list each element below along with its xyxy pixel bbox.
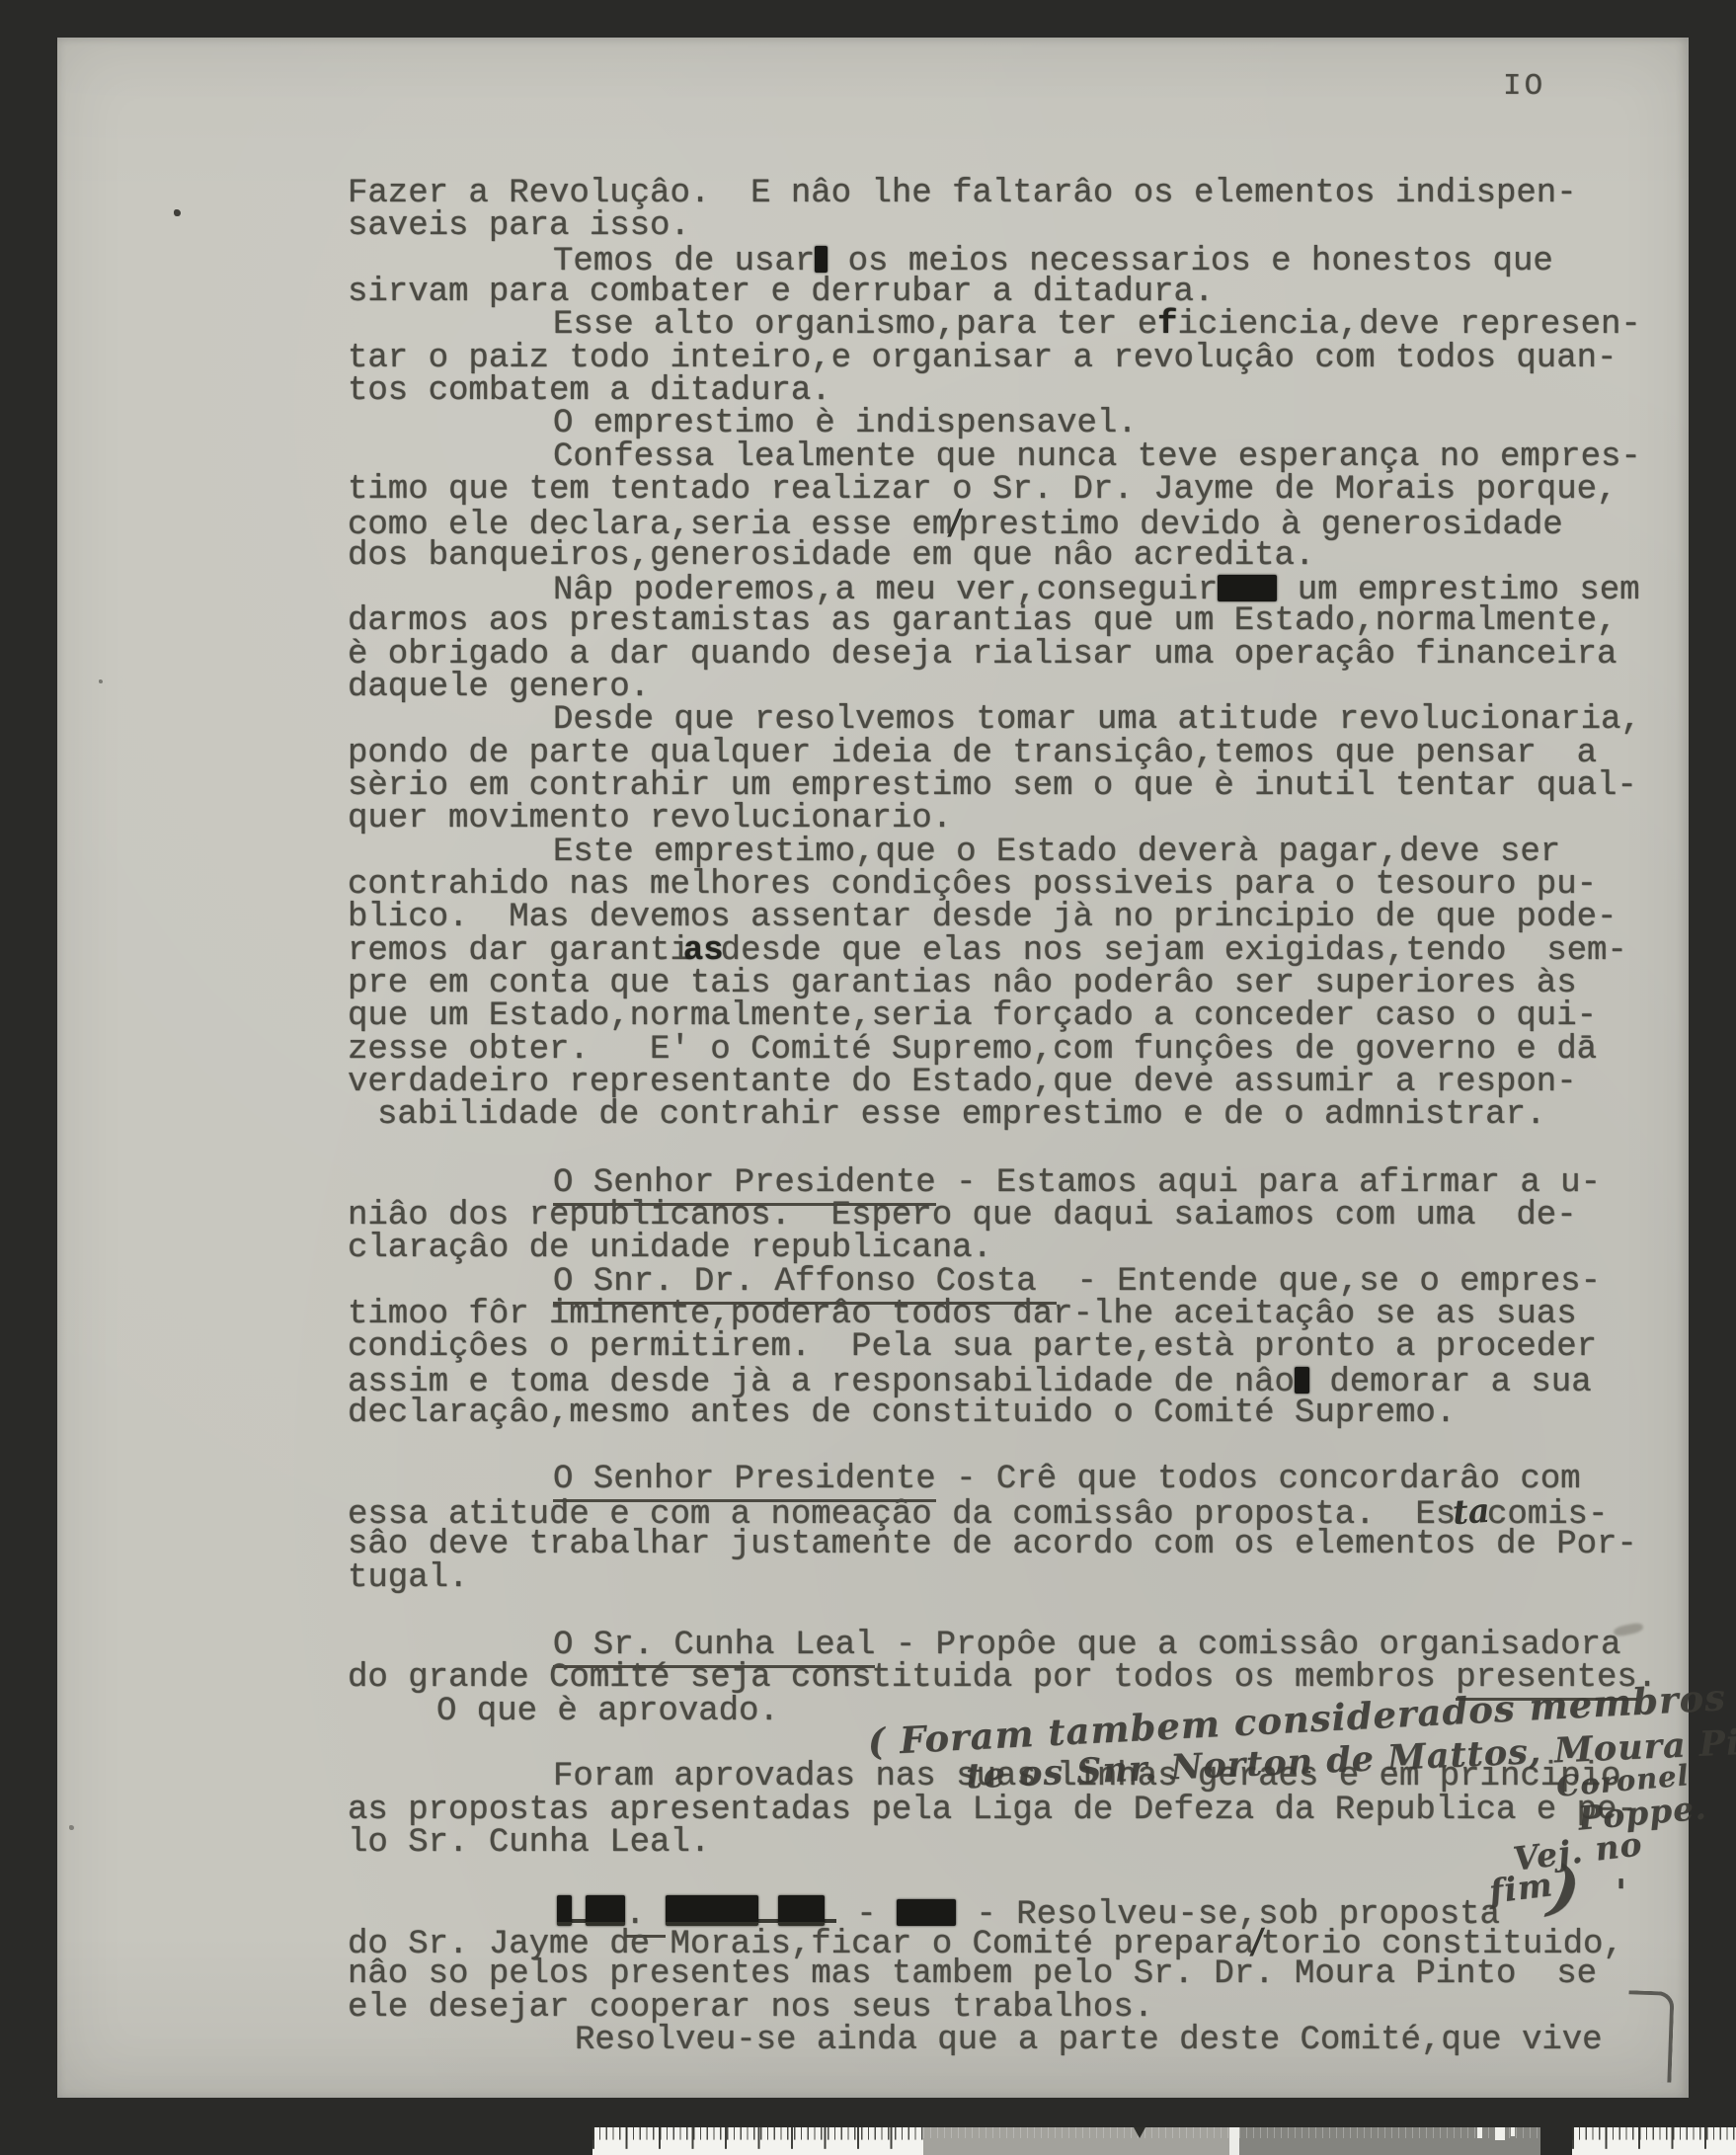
typed-text: quer movimento revolucionario. (348, 800, 952, 838)
typed-text: declaraçâo,mesmo antes de constituido o … (348, 1395, 1456, 1432)
redaction-underline-gap (825, 1918, 836, 1923)
typed-line: pre em conta que tais garantias nâo pode… (348, 967, 1577, 1000)
page-number: IO (1503, 69, 1545, 104)
typed-line: quer movimento revolucionario. (348, 802, 952, 836)
ruler-white-mark (1511, 2127, 1515, 2136)
typed-text: saveis para isso. (348, 207, 690, 245)
typed-line: O Senhor Presidente - Crê que todos conc… (553, 1463, 1581, 1496)
ruler-notch (1134, 2127, 1145, 2138)
typed-text: sabilidade de contrahir esse emprestimo … (377, 1096, 1545, 1134)
typed-line: timo que tem tentado realizar o Sr. Dr. … (348, 473, 1617, 507)
typed-line: darmos aos prestamistas as garantias que… (348, 604, 1617, 638)
typed-line: zesse obter. E' o Comité Supremo,com fun… (348, 1033, 1597, 1067)
handwritten-correction: ta (1452, 1494, 1491, 1531)
redaction-block (1295, 1367, 1309, 1394)
redaction-block (897, 1899, 956, 1926)
typed-text: tugal. (348, 1559, 468, 1597)
typed-text: O que è aprovado. (436, 1693, 779, 1730)
typed-line: Fazer a Revoluçâo. E nâo lhe faltarâo os… (348, 177, 1577, 210)
typed-line: O Snr. Dr. Affonso Costa - Entende que,s… (553, 1265, 1601, 1299)
typed-line: tar o paiz todo inteiro,e organisar a re… (348, 342, 1617, 375)
typed-line: tos combatem a ditadura. (348, 374, 831, 408)
typed-text: blico. Mas devemos assentar desde jà no … (348, 899, 1617, 936)
paper-speck (69, 1825, 74, 1830)
typed-text: condiçôes o permitirem. Pela sua parte,e… (348, 1328, 1597, 1366)
typed-line: O Sr. Cunha Leal - Propôe que a comissâo… (553, 1629, 1620, 1662)
typed-text: do grande Comité seja constituida por to… (348, 1659, 1456, 1697)
typed-text: O emprestimo è indispensavel. (553, 405, 1138, 442)
redaction-underline-gap (758, 1918, 778, 1923)
typed-text: timo que tem tentado realizar o Sr. Dr. … (348, 471, 1617, 509)
typed-line: dos banqueiros,generosidade em que nâo a… (348, 539, 1314, 573)
ruler-segment-ruler-light (592, 2127, 923, 2155)
typed-text: lo Sr. Cunha Leal. (348, 1824, 710, 1862)
typed-line: sâo deve trabalhar justamente de acordo … (348, 1528, 1637, 1561)
typed-line: sèrio em contrahir um emprestimo sem o q… (348, 769, 1637, 803)
typed-line: è obrigado a dar quando deseja rialisar … (348, 638, 1617, 672)
handwritten-bracket-mark (1625, 1990, 1674, 2083)
redaction-underline-gap (572, 1918, 586, 1923)
typed-line: claraçâo de unidade republicana. (348, 1232, 992, 1265)
typed-line: O que è aprovado. (436, 1695, 779, 1728)
typed-line: O emprestimo è indispensavel. (553, 407, 1138, 440)
typed-line: pondo de parte qualquer ideia de transiç… (348, 737, 1597, 770)
scanned-document-photo: IO Fazer a Revoluçâo. E nâo lhe faltarâo… (0, 0, 1736, 2155)
typed-line: daquele genero. (348, 671, 650, 704)
handwritten-note: ' (1616, 1873, 1627, 1914)
typed-line: tugal. (348, 1561, 468, 1595)
typed-text: que um Estado,normalmente,seria forçado … (348, 998, 1597, 1035)
typed-line: verdadeiro representante do Estado,que d… (348, 1066, 1577, 1099)
typed-line: sabilidade de contrahir esse emprestimo … (377, 1098, 1545, 1132)
typed-line: nâo so pelos presentes mas tambem pelo S… (348, 1957, 1597, 1991)
typed-text: nâo so pelos presentes mas tambem pelo S… (348, 1955, 1597, 1993)
overstruck-typed-text: f (1157, 306, 1177, 344)
typed-text: dos banqueiros,generosidade em que nâo a… (348, 537, 1314, 575)
redaction-block (586, 1895, 625, 1926)
typed-line: O Senhor Presidente - Estamos aqui para … (553, 1166, 1601, 1200)
handwritten-note: fim (1487, 1865, 1555, 1911)
typed-line: Esse alto organismo,para ter eficiencia,… (553, 308, 1641, 342)
paper-speck (174, 209, 181, 216)
typed-line: contrahido nas melhores condiçôes possiv… (348, 868, 1597, 902)
typed-line: ele desejar cooperar nos seus trabalhos. (348, 1991, 1153, 2025)
typed-text: Desde que resolvemos tomar uma atitude r… (553, 701, 1641, 739)
typed-line: saveis para isso. (348, 209, 690, 243)
redaction-block (666, 1895, 758, 1926)
typed-line: Resolveu-se ainda que a parte deste Comi… (575, 2024, 1603, 2057)
typed-line: Este emprestimo,que o Estado deverà paga… (553, 836, 1560, 869)
ruler-white-mark (1477, 2127, 1482, 2138)
typed-text: iciencia,deve represen- (1178, 306, 1641, 344)
paper-speck (99, 679, 103, 683)
handwritten-correction: / (948, 506, 963, 540)
typed-line: declaraçâo,mesmo antes de constituido o … (348, 1397, 1456, 1430)
typed-line: as propostas apresentadas pela Liga de D… (348, 1794, 1637, 1827)
handwritten-correction: / (1250, 1925, 1265, 1959)
typed-line: Desde que resolvemos tomar uma atitude r… (553, 703, 1641, 737)
typed-text: sâo deve trabalhar justamente de acordo … (348, 1526, 1637, 1563)
typed-text: claraçâo de unidade republicana. (348, 1230, 992, 1267)
redaction-block (815, 246, 828, 273)
ruler-segment-divider-white (1229, 2127, 1239, 2155)
typed-line: lo Sr. Cunha Leal. (348, 1826, 710, 1860)
redaction-block (1218, 575, 1277, 601)
ruler-white-mark (1495, 2127, 1505, 2140)
ruler-segment-gray-mid (923, 2127, 1229, 2155)
redaction-block (778, 1895, 825, 1926)
ruler-segment-ruler-light (1572, 2127, 1736, 2155)
typed-line: niâo dos republicanos. Espero que daqui … (348, 1199, 1577, 1233)
typed-line: que um Estado,normalmente,seria forçado … (348, 999, 1597, 1033)
redaction-block (557, 1895, 572, 1926)
typed-line: remos dar garantiasdesde que elas nos se… (348, 934, 1627, 968)
typed-text: Resolveu-se ainda que a parte deste Comi… (575, 2022, 1603, 2059)
typed-line: timoo fôr iminente,poderâo todos dar-lhe… (348, 1298, 1577, 1331)
typed-line: sirvam para combater e derrubar a ditadu… (348, 276, 1214, 309)
typed-line: blico. Mas devemos assentar desde jà no … (348, 901, 1617, 934)
typed-line: condiçôes o permitirem. Pela sua parte,e… (348, 1330, 1597, 1364)
typed-line: Confessa lealmente que nunca teve espera… (553, 440, 1641, 474)
typed-text: darmos aos prestamistas as garantias que… (348, 602, 1617, 640)
typed-text: Esse alto organismo,para ter e (553, 306, 1157, 344)
